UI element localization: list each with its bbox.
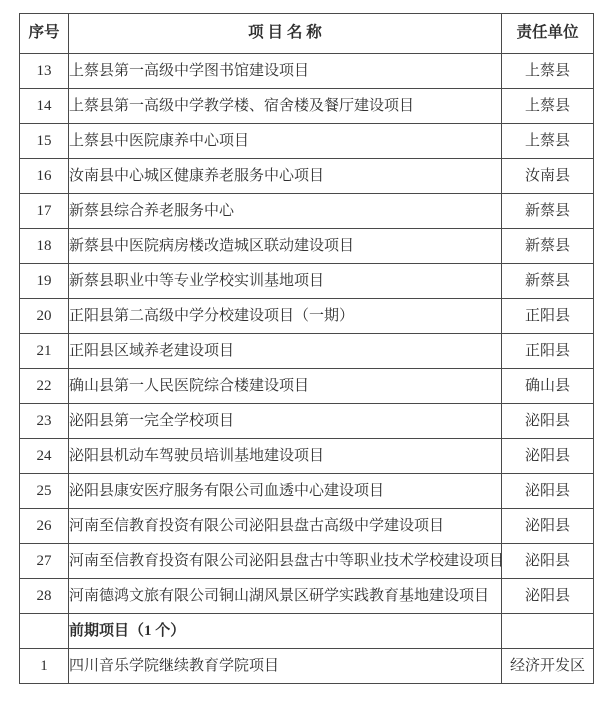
table-row: 16 汝南县中心城区健康养老服务中心项目 汝南县: [20, 159, 594, 194]
table-row: 17 新蔡县综合养老服务中心 新蔡县: [20, 194, 594, 229]
table-row: 27 河南至信教育投资有限公司泌阳县盘古中等职业技术学校建设项目 泌阳县: [20, 544, 594, 579]
responsible-unit-cell: 上蔡县: [502, 89, 594, 124]
project-name-cell: 河南至信教育投资有限公司泌阳县盘古中等职业技术学校建设项目: [69, 544, 502, 579]
row-number-cell: 14: [20, 89, 69, 124]
project-name-cell: 确山县第一人民医院综合楼建设项目: [69, 369, 502, 404]
project-name-cell: 上蔡县第一高级中学教学楼、宿舍楼及餐厅建设项目: [69, 89, 502, 124]
project-table: 序号 项 目 名 称 责任单位 13 上蔡县第一高级中学图书馆建设项目 上蔡县 …: [19, 13, 594, 684]
table-row: 25 泌阳县康安医疗服务有限公司血透中心建设项目 泌阳县: [20, 474, 594, 509]
table-row: 前期项目（1 个）: [20, 614, 594, 649]
row-number-cell: 13: [20, 54, 69, 89]
responsible-unit-cell: 泌阳县: [502, 404, 594, 439]
table-row: 21 正阳县区域养老建设项目 正阳县: [20, 334, 594, 369]
row-number-cell: 23: [20, 404, 69, 439]
responsible-unit-cell: 经济开发区: [502, 649, 594, 684]
project-name-cell: 四川音乐学院继续教育学院项目: [69, 649, 502, 684]
responsible-unit-cell: 汝南县: [502, 159, 594, 194]
row-number-cell: 16: [20, 159, 69, 194]
table-body: 13 上蔡县第一高级中学图书馆建设项目 上蔡县 14 上蔡县第一高级中学教学楼、…: [20, 54, 594, 684]
row-number-cell: 19: [20, 264, 69, 299]
row-number-cell: 20: [20, 299, 69, 334]
row-number-cell: 1: [20, 649, 69, 684]
responsible-unit-cell: 泌阳县: [502, 579, 594, 614]
responsible-unit-cell: 泌阳县: [502, 544, 594, 579]
table-row: 19 新蔡县职业中等专业学校实训基地项目 新蔡县: [20, 264, 594, 299]
row-number-cell: [20, 614, 69, 649]
project-name-cell: 前期项目（1 个）: [69, 614, 502, 649]
project-name-cell: 泌阳县第一完全学校项目: [69, 404, 502, 439]
row-number-cell: 18: [20, 229, 69, 264]
header-responsible-unit: 责任单位: [502, 14, 594, 54]
header-row: 序号 项 目 名 称 责任单位: [20, 14, 594, 54]
table-row: 15 上蔡县中医院康养中心项目 上蔡县: [20, 124, 594, 159]
table-row: 24 泌阳县机动车驾驶员培训基地建设项目 泌阳县: [20, 439, 594, 474]
responsible-unit-cell: 泌阳县: [502, 474, 594, 509]
header-project-name: 项 目 名 称: [69, 14, 502, 54]
project-name-cell: 上蔡县中医院康养中心项目: [69, 124, 502, 159]
row-number-cell: 22: [20, 369, 69, 404]
table-row: 14 上蔡县第一高级中学教学楼、宿舍楼及餐厅建设项目 上蔡县: [20, 89, 594, 124]
row-number-cell: 26: [20, 509, 69, 544]
project-name-cell: 河南至信教育投资有限公司泌阳县盘古高级中学建设项目: [69, 509, 502, 544]
row-number-cell: 25: [20, 474, 69, 509]
row-number-cell: 24: [20, 439, 69, 474]
responsible-unit-cell: 正阳县: [502, 334, 594, 369]
project-name-cell: 泌阳县机动车驾驶员培训基地建设项目: [69, 439, 502, 474]
responsible-unit-cell: 泌阳县: [502, 439, 594, 474]
project-name-cell: 汝南县中心城区健康养老服务中心项目: [69, 159, 502, 194]
project-name-cell: 新蔡县中医院病房楼改造城区联动建设项目: [69, 229, 502, 264]
project-name-cell: 上蔡县第一高级中学图书馆建设项目: [69, 54, 502, 89]
row-number-cell: 15: [20, 124, 69, 159]
row-number-cell: 27: [20, 544, 69, 579]
responsible-unit-cell: 新蔡县: [502, 229, 594, 264]
table-row: 13 上蔡县第一高级中学图书馆建设项目 上蔡县: [20, 54, 594, 89]
project-name-cell: 泌阳县康安医疗服务有限公司血透中心建设项目: [69, 474, 502, 509]
responsible-unit-cell: [502, 614, 594, 649]
table-row: 1 四川音乐学院继续教育学院项目 经济开发区: [20, 649, 594, 684]
project-name-cell: 正阳县第二高级中学分校建设项目（一期）: [69, 299, 502, 334]
responsible-unit-cell: 上蔡县: [502, 54, 594, 89]
table-row: 18 新蔡县中医院病房楼改造城区联动建设项目 新蔡县: [20, 229, 594, 264]
document-page: 序号 项 目 名 称 责任单位 13 上蔡县第一高级中学图书馆建设项目 上蔡县 …: [0, 0, 609, 720]
row-number-cell: 21: [20, 334, 69, 369]
responsible-unit-cell: 新蔡县: [502, 194, 594, 229]
responsible-unit-cell: 新蔡县: [502, 264, 594, 299]
responsible-unit-cell: 上蔡县: [502, 124, 594, 159]
table-row: 23 泌阳县第一完全学校项目 泌阳县: [20, 404, 594, 439]
project-name-cell: 新蔡县综合养老服务中心: [69, 194, 502, 229]
table-row: 22 确山县第一人民医院综合楼建设项目 确山县: [20, 369, 594, 404]
row-number-cell: 28: [20, 579, 69, 614]
responsible-unit-cell: 正阳县: [502, 299, 594, 334]
table-row: 28 河南德鸿文旅有限公司铜山湖风景区研学实践教育基地建设项目 泌阳县: [20, 579, 594, 614]
table-row: 26 河南至信教育投资有限公司泌阳县盘古高级中学建设项目 泌阳县: [20, 509, 594, 544]
table-row: 20 正阳县第二高级中学分校建设项目（一期） 正阳县: [20, 299, 594, 334]
project-name-cell: 正阳县区域养老建设项目: [69, 334, 502, 369]
row-number-cell: 17: [20, 194, 69, 229]
responsible-unit-cell: 确山县: [502, 369, 594, 404]
table-header: 序号 项 目 名 称 责任单位: [20, 14, 594, 54]
header-serial-number: 序号: [20, 14, 69, 54]
project-name-cell: 新蔡县职业中等专业学校实训基地项目: [69, 264, 502, 299]
responsible-unit-cell: 泌阳县: [502, 509, 594, 544]
project-name-cell: 河南德鸿文旅有限公司铜山湖风景区研学实践教育基地建设项目: [69, 579, 502, 614]
